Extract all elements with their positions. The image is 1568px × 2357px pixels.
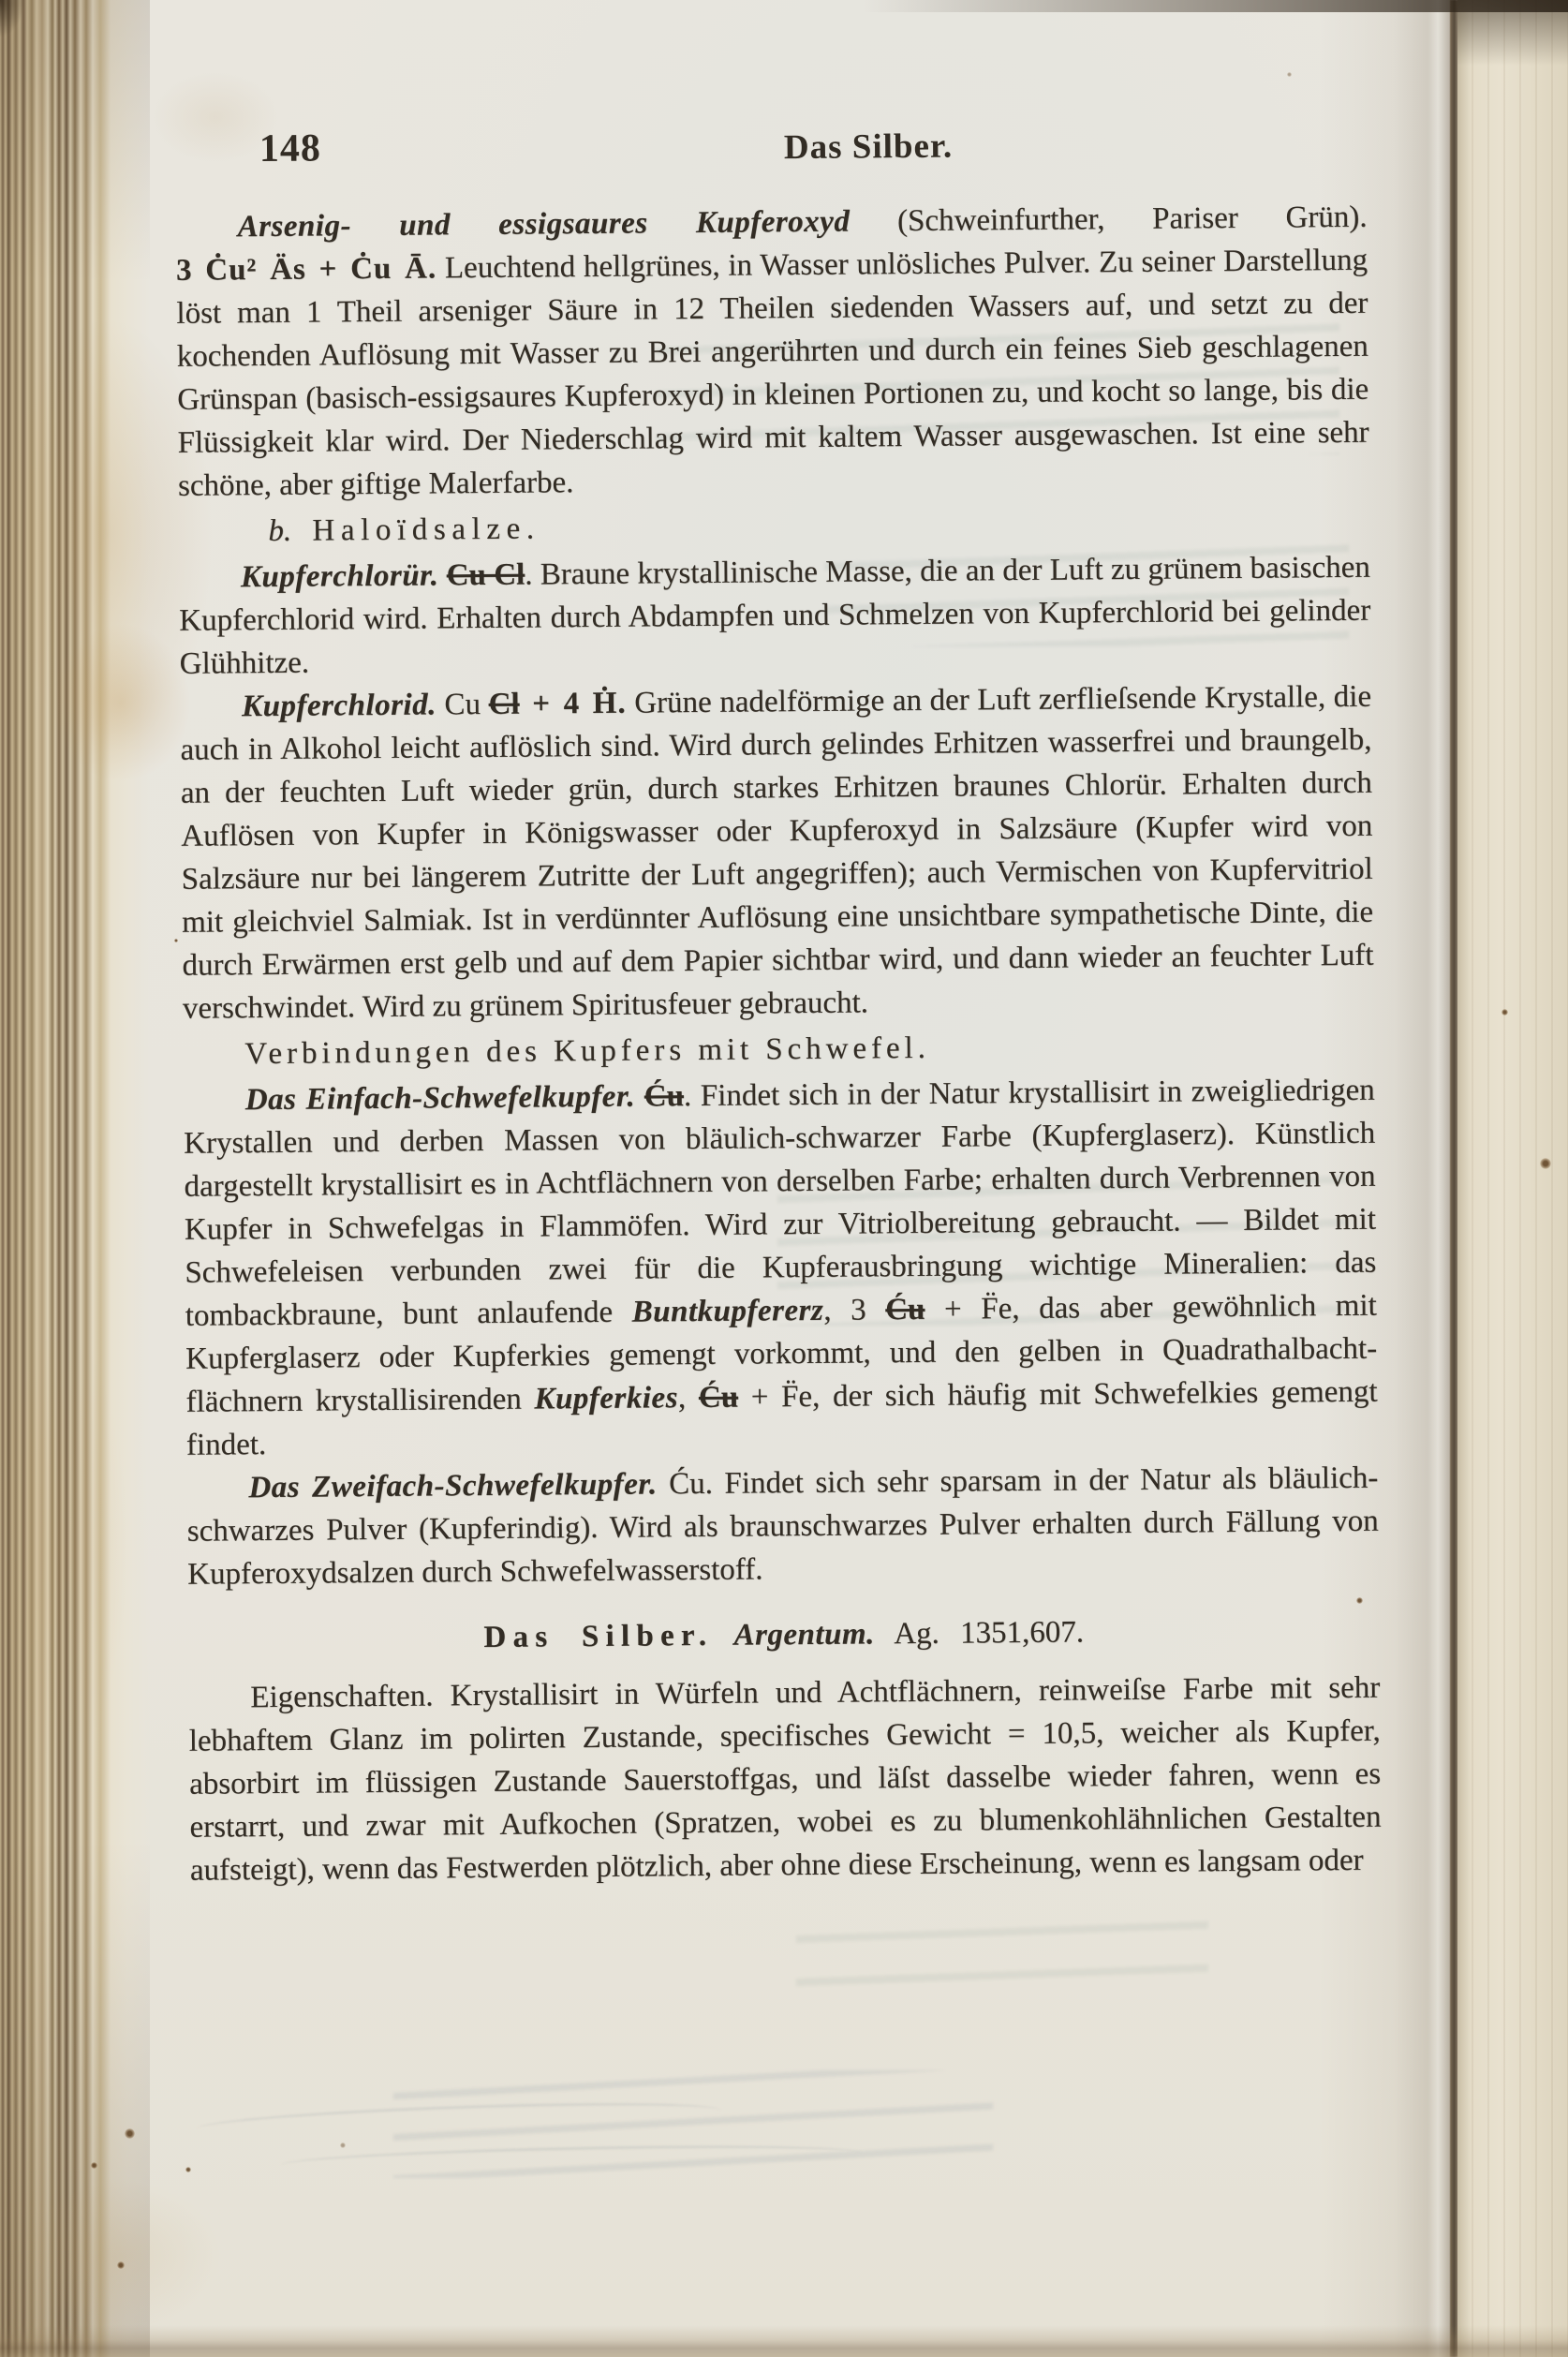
paragraph: Das Zweifach-Schwefelkupfer. Ću. Findet … <box>186 1457 1379 1596</box>
text-column: Arsenig- und essigsaures Kupferoxyd (Sch… <box>175 196 1382 1892</box>
running-header: Das Silber. <box>784 126 954 169</box>
page-text-area: 148 Das Silber. Arsenig- und essigsaures… <box>0 0 1568 2357</box>
page-number: 148 <box>259 126 321 171</box>
paragraph: Das Einfach-Schwefelkupfer. Ću. Findet s… <box>184 1069 1379 1467</box>
subheading: Verbindungen des Kupfers mit Schwefel. <box>183 1023 1374 1076</box>
subheading-b: b. Haloïdsalze. <box>178 500 1369 554</box>
book-page-scan: 148 Das Silber. Arsenig- und essigsaures… <box>0 0 1568 2357</box>
paragraph: Eigenschaften. Krystallisirt in Würfeln … <box>188 1667 1382 1892</box>
paragraph: Arsenig- und essigsaures Kupferoxyd (Sch… <box>175 196 1369 508</box>
paragraph: Kupferchlorid. Cu Cl + 4 Ḣ. Grüne nadel… <box>180 675 1374 1030</box>
section-heading: Das Silber. Argentum. Ag. 1351,607. <box>188 1608 1380 1662</box>
paragraph: Kupferchlorür. Cu Cl. Braune krystallini… <box>179 546 1371 686</box>
